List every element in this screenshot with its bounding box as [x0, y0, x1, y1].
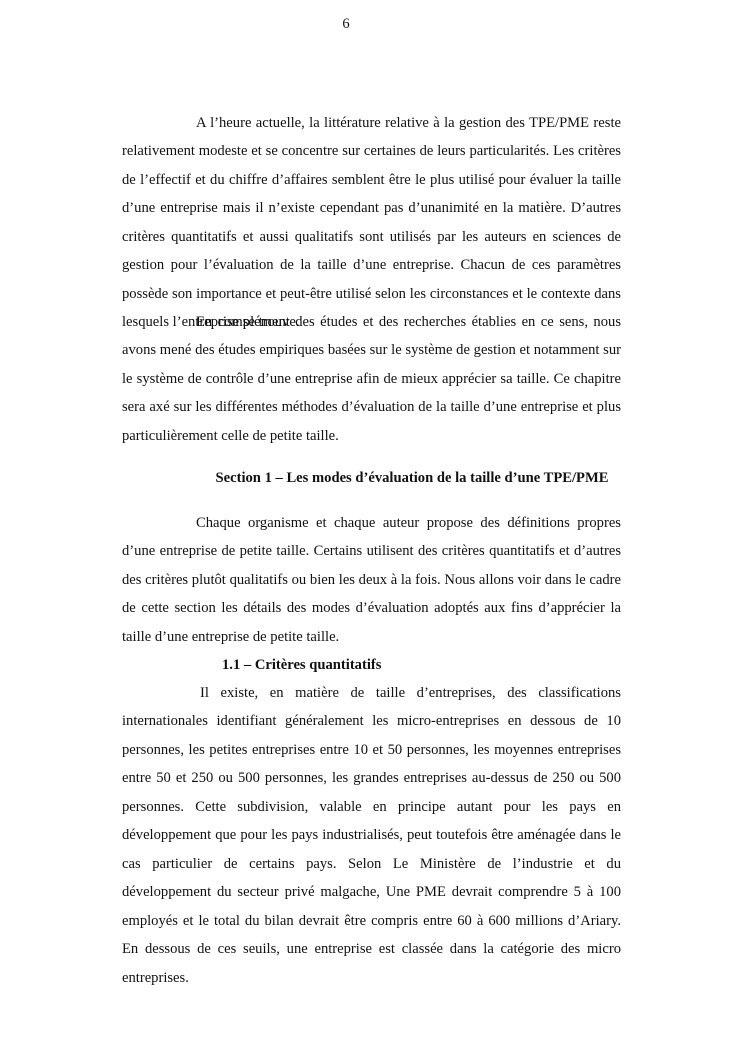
paragraph-block-quantitative: Il existe, en matière de taille d’entrep…: [122, 679, 621, 992]
paragraph-empirical-studies: En complément des études et des recherch…: [122, 308, 621, 450]
subsection-heading: 1.1 – Critères quantitatifs: [222, 657, 381, 674]
paragraph-definitions: Chaque organisme et chaque auteur propos…: [122, 509, 621, 651]
page-number: 6: [0, 16, 692, 33]
paragraph-literature: A l’heure actuelle, la littérature relat…: [122, 109, 621, 337]
paragraph-classifications: Il existe, en matière de taille d’entrep…: [122, 679, 621, 992]
section-heading: Section 1 – Les modes d’évaluation de la…: [122, 470, 702, 487]
paragraph-block-complement: En complément des études et des recherch…: [122, 308, 621, 450]
paragraph-block-intro: A l’heure actuelle, la littérature relat…: [122, 109, 621, 337]
paragraph-block-section: Chaque organisme et chaque auteur propos…: [122, 509, 621, 651]
